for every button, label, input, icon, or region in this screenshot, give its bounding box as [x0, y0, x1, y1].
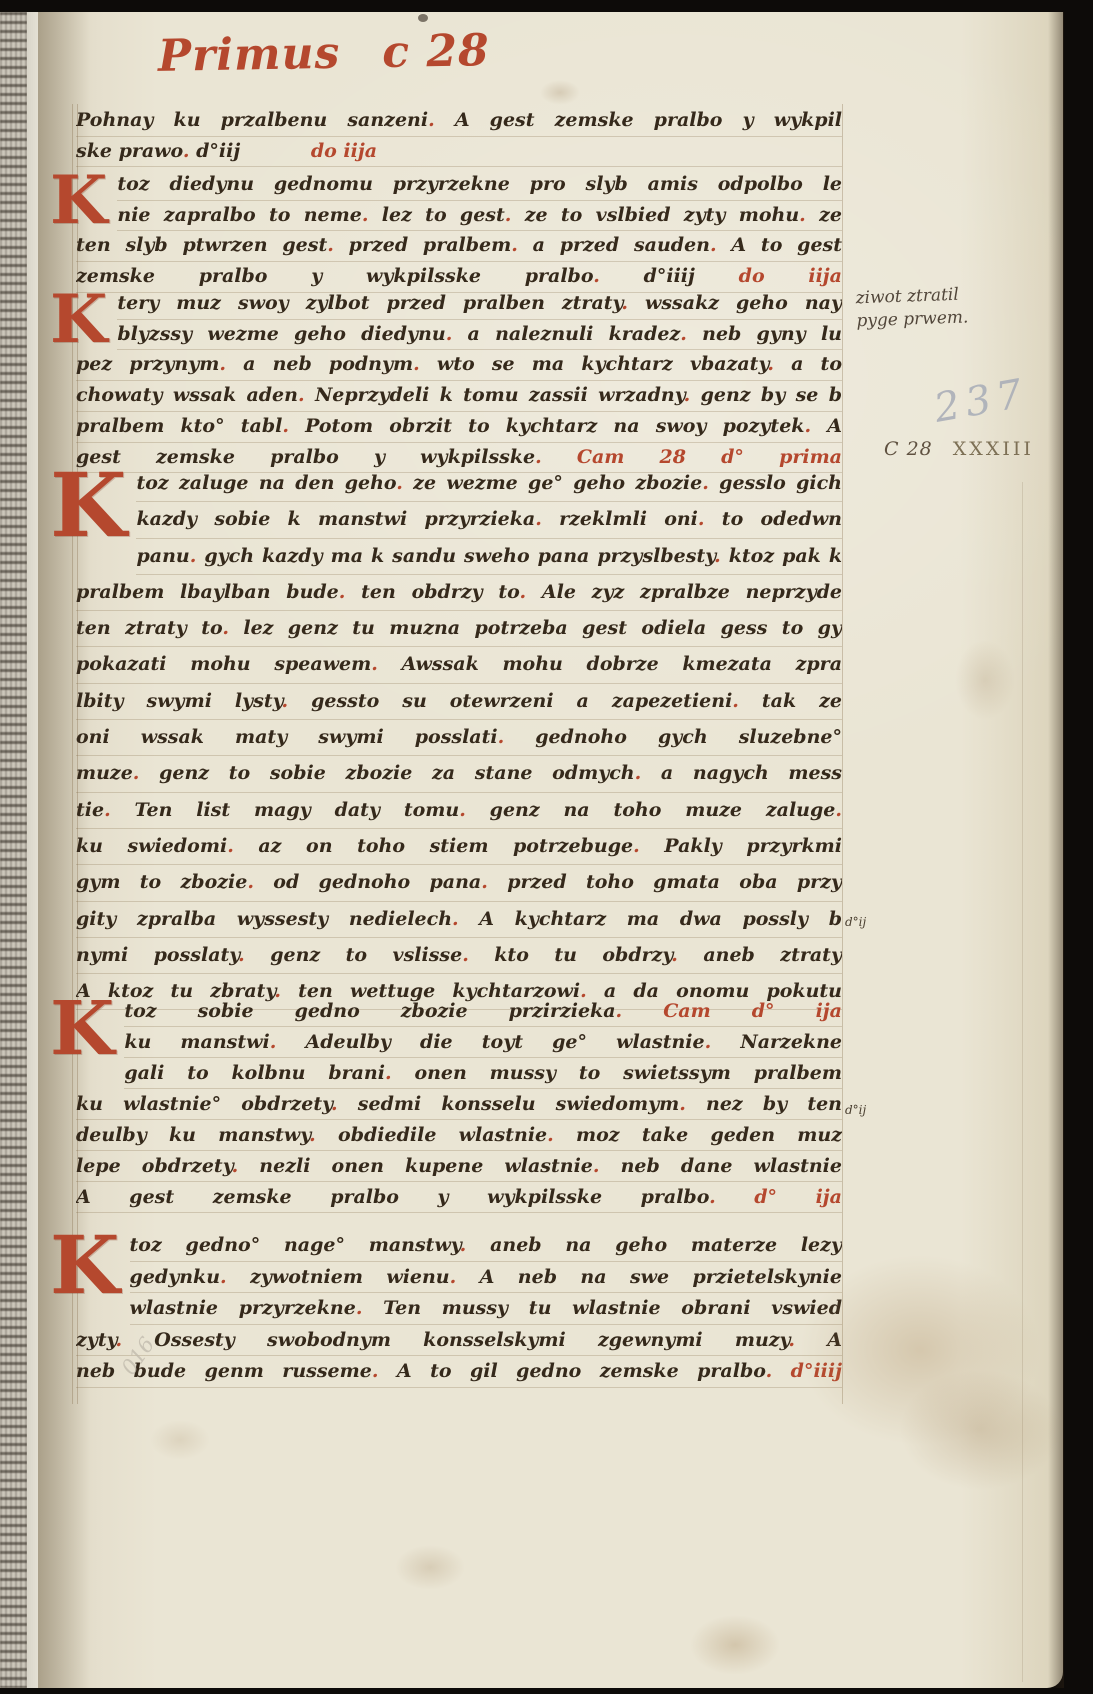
manuscript-line: ten ztraty to. lez genz tu muzna potrzeb… — [76, 611, 842, 647]
rubric-text: d°iiij — [772, 1360, 842, 1382]
line-text: kazdy sobie k manstwi przyrzieka. rzeklm… — [136, 508, 842, 530]
line-text: pralbem kto° tabl. Potom obrzit to kycht… — [76, 415, 842, 437]
line-text: zyty. Ossesty swobodnym konsselskymi zge… — [76, 1329, 842, 1351]
manuscript-line: tie. Ten list magy daty tomu. genz na to… — [76, 793, 842, 829]
manuscript-line: muze. genz to sobie zbozie za stane odmy… — [76, 756, 842, 792]
title-gap — [341, 67, 383, 68]
manuscript-line: gali to kolbnu brani. onen mussy to swie… — [124, 1058, 842, 1089]
manuscript-line: nie zapralbo to neme. lez to gest. ze to… — [117, 201, 842, 232]
manuscript-line: ku manstwi. Adeulby die toyt ge° wlastni… — [124, 1027, 842, 1058]
line-text: A gest zemske pralbo y wykpilsske pralbo… — [76, 1186, 716, 1208]
paragraph-5: Ktoz sobie gedno zbozie przirzieka. Cam … — [76, 996, 842, 1213]
stain — [690, 1615, 780, 1675]
line-text: toz zaluge na den geho. ze wezme ge° geh… — [136, 472, 842, 494]
manuscript-line: wlastnie przyrzekne. Ten mussy tu wlastn… — [130, 1293, 842, 1325]
manuscript-line: pokazati mohu speawem. Awssak mohu dobrz… — [76, 647, 842, 683]
line-text: deulby ku manstwy. obdiedile wlastnie. m… — [76, 1124, 842, 1146]
bleed-through-text — [0, 12, 27, 1688]
line-text: lbity swymi lysty. gessto su otewrzeni a… — [76, 690, 842, 712]
running-title-chapter: c 28 — [382, 25, 490, 78]
line-text: toz diedynu gednomu przyrzekne pro slyb … — [117, 173, 842, 195]
line-text: ku manstwi. Adeulby die toyt ge° wlastni… — [124, 1031, 842, 1053]
stain — [150, 1420, 210, 1460]
manuscript-line: nymi posslaty. genz to vslisse. kto tu o… — [76, 938, 842, 974]
manuscript-line: kazdy sobie k manstwi przyrzieka. rzeklm… — [136, 502, 842, 538]
manuscript-line: neb bude genm russeme. A to gil gedno ze… — [76, 1356, 842, 1388]
stain — [395, 1545, 465, 1590]
manuscript-line: panu. gych kazdy ma k sandu sweho pana p… — [136, 539, 842, 575]
margin-tiny-mark-1: d°ij — [845, 915, 866, 929]
manuscript-page: Primusc 28 Pohnay ku przalbenu sanzeni. … — [38, 12, 1063, 1688]
manuscript-line: gedynku. zywotniem wienu. A neb na swe p… — [130, 1262, 842, 1294]
rubric-text: d° ija — [716, 1186, 842, 1208]
chapter-roman-numeral: XXXIII — [953, 438, 1034, 460]
line-text: gedynku. zywotniem wienu. A neb na swe p… — [130, 1266, 842, 1288]
manuscript-line: oni wssak maty swymi posslati. gednoho g… — [76, 720, 842, 756]
manuscript-line: lepe obdrzety. nezli onen kupene wlastni… — [76, 1151, 842, 1182]
line-text: gest zemske pralbo y wykpilsske. — [76, 446, 542, 468]
rubricated-initial: K — [50, 292, 107, 346]
line-text: ske prawo. d°iij — [76, 140, 240, 162]
line-text: tery muz swoy zylbot przed pralben ztrat… — [117, 292, 842, 314]
manuscript-line: Pohnay ku przalbenu sanzeni. A gest zems… — [76, 106, 842, 137]
line-text: ten ztraty to. lez genz tu muzna potrzeb… — [76, 617, 842, 639]
folio-number-pencil: 237 — [931, 370, 1032, 432]
line-text: pralbem lbaylban bude. ten obdrzy to. Al… — [76, 581, 842, 603]
rubric-text: Cam d° ija — [622, 1000, 842, 1022]
manuscript-line: A gest zemske pralbo y wykpilsske pralbo… — [76, 1182, 842, 1213]
stain — [955, 640, 1015, 720]
manuscript-line: blyzssy wezme geho diedynu. a naleznuli … — [117, 320, 842, 351]
chapter-mark: C 28XXXIII — [884, 438, 1034, 460]
line-text: ten slyb ptwrzen gest. przed pralbem. a … — [76, 234, 842, 256]
line-text: toz gedno° nage° manstwy. aneb na geho m… — [130, 1234, 842, 1256]
line-text: neb bude genm russeme. A to gil gedno ze… — [76, 1360, 772, 1382]
rubric-text: do iija — [695, 265, 842, 287]
line-text: chowaty wssak aden. Neprzydeli k tomu za… — [76, 384, 842, 406]
margin-tiny-mark-2: d°ij — [845, 1103, 866, 1117]
line-text: lepe obdrzety. nezli onen kupene wlastni… — [76, 1155, 842, 1177]
manuscript-line: tery muz swoy zylbot przed pralben ztrat… — [117, 289, 842, 320]
running-title: Primusc 28 — [158, 25, 490, 82]
manuscript-line: ske prawo. d°iij do iija — [76, 137, 842, 168]
line-text: Pohnay ku przalbenu sanzeni. A gest zems… — [76, 109, 842, 131]
manuscript-line: lbity swymi lysty. gessto su otewrzeni a… — [76, 684, 842, 720]
manuscript-line: deulby ku manstwy. obdiedile wlastnie. m… — [76, 1120, 842, 1151]
manuscript-photo: Primusc 28 Pohnay ku przalbenu sanzeni. … — [0, 0, 1093, 1694]
paper-edge — [27, 12, 38, 1688]
line-text: tie. Ten list magy daty tomu. genz na to… — [76, 799, 842, 821]
margin-note: ziwot ztratil pyge prwem. — [855, 281, 1046, 334]
line-text: toz sobie gedno zbozie przirzieka. — [124, 1000, 622, 1022]
page-right-edge-shadow — [1048, 12, 1064, 1688]
rubric-text: do iija — [304, 140, 377, 162]
rubricated-initial: K — [50, 469, 126, 541]
paragraph-2: Ktoz diedynu gednomu przyrzekne pro slyb… — [76, 170, 842, 293]
rubricated-initial: K — [50, 1233, 120, 1299]
line-text: muze. genz to sobie zbozie za stane odmy… — [76, 762, 842, 784]
line-text: pokazati mohu speawem. Awssak mohu dobrz… — [76, 653, 842, 675]
manuscript-line: toz sobie gedno zbozie przirzieka. Cam d… — [124, 996, 842, 1027]
manuscript-line: pralbem lbaylban bude. ten obdrzy to. Al… — [76, 575, 842, 611]
manuscript-line: gity zpralba wyssesty nedielech. A kycht… — [76, 902, 842, 938]
manuscript-line: toz diedynu gednomu przyrzekne pro slyb … — [117, 170, 842, 201]
chapter-mark-label: C 28 — [884, 438, 933, 460]
line-text: gity zpralba wyssesty nedielech. A kycht… — [76, 908, 842, 930]
line-text: nymi posslaty. genz to vslisse. kto tu o… — [76, 944, 842, 966]
rubric-text: Cam 28 d° prima — [542, 446, 842, 468]
ruling-line-right — [842, 104, 843, 1404]
paragraph-3: Ktery muz swoy zylbot przed pralben ztra… — [76, 289, 842, 473]
line-text: ku wlastnie° obdrzety. sedmi konsselu sw… — [76, 1093, 842, 1115]
stain — [540, 80, 580, 105]
manuscript-line: toz zaluge na den geho. ze wezme ge° geh… — [136, 466, 842, 502]
speck — [418, 14, 428, 22]
parchment-crease — [1022, 482, 1023, 1682]
line-text: pez przynym. a neb podnym. wto se ma kyc… — [76, 353, 842, 375]
line-text: ku swiedomi. az on toho stiem potrzebuge… — [76, 835, 842, 857]
line-text: nie zapralbo to neme. lez to gest. ze to… — [117, 204, 842, 226]
running-title-word: Primus — [158, 28, 341, 82]
facing-page-edge — [0, 12, 38, 1688]
manuscript-line: ku swiedomi. az on toho stiem potrzebuge… — [76, 829, 842, 865]
paragraph-1: Pohnay ku przalbenu sanzeni. A gest zems… — [76, 106, 842, 167]
manuscript-line: chowaty wssak aden. Neprzydeli k tomu za… — [76, 381, 842, 412]
line-text: oni wssak maty swymi posslati. gednoho g… — [76, 726, 842, 748]
line-text: gym to zbozie. od gednoho pana. przed to… — [76, 871, 842, 893]
manuscript-line: ten slyb ptwrzen gest. przed pralbem. a … — [76, 231, 842, 262]
line-text: gali to kolbnu brani. onen mussy to swie… — [124, 1062, 842, 1084]
manuscript-line: pralbem kto° tabl. Potom obrzit to kycht… — [76, 412, 842, 443]
line-text: blyzssy wezme geho diedynu. a naleznuli … — [117, 323, 842, 345]
line-text: zemske pralbo y wykpilsske pralbo. d°iii… — [76, 265, 695, 287]
rubricated-initial: K — [50, 999, 114, 1060]
rubricated-initial: K — [50, 173, 107, 227]
manuscript-line: ku wlastnie° obdrzety. sedmi konsselu sw… — [76, 1089, 842, 1120]
paragraph-4: Ktoz zaluge na den geho. ze wezme ge° ge… — [76, 466, 842, 1010]
stain — [900, 1370, 1060, 1490]
line-text: wlastnie przyrzekne. Ten mussy tu wlastn… — [130, 1297, 842, 1319]
line-text: panu. gych kazdy ma k sandu sweho pana p… — [136, 545, 842, 567]
manuscript-line: pez przynym. a neb podnym. wto se ma kyc… — [76, 350, 842, 381]
manuscript-line: zyty. Ossesty swobodnym konsselskymi zge… — [76, 1325, 842, 1357]
manuscript-line: gym to zbozie. od gednoho pana. przed to… — [76, 865, 842, 901]
paragraph-6: Ktoz gedno° nage° manstwy. aneb na geho … — [76, 1230, 842, 1388]
manuscript-line: toz gedno° nage° manstwy. aneb na geho m… — [130, 1230, 842, 1262]
